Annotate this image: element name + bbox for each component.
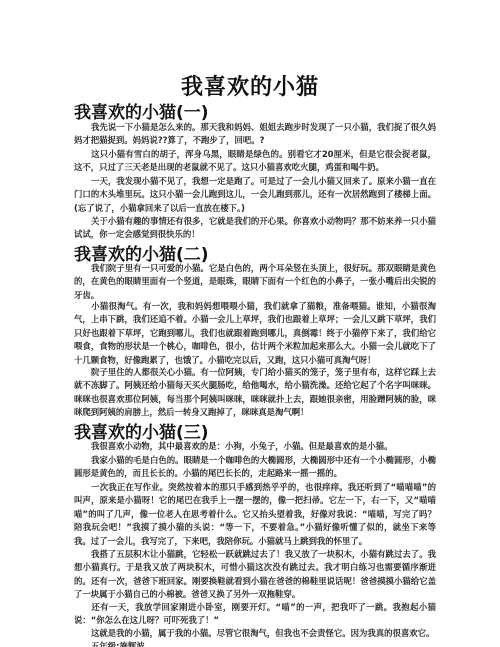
document-page: 我喜欢的小猫 我喜欢的小猫(一) 我先说一下小猫是怎么来的。那天我和妈妈、姐姐去… — [0, 0, 500, 647]
paragraph-text: 小猫很淘气。有一次，我和妈妈想喂喂小猫，我们就拿了猫粮，准备喂猫。谁知，小猫很淘… — [74, 301, 436, 365]
paragraph: 这只小猫有雪白的胡子，浑身乌黑，眼睛是绿色的。别看它才20厘米，但是它很会捉老鼠… — [74, 148, 436, 175]
paragraph-text: 这就是我的小猫，属于我的小猫。尽管它很淘气，但我也不会责怪它。因为我真的很喜欢它… — [91, 628, 434, 638]
paragraph: 小猫很淘气。有一次，我和妈妈想喂喂小猫，我们就拿了猫粮，准备喂猫。谁知，小猫很淘… — [74, 300, 436, 367]
paragraph-text: 我先说一下小猫是怎么来的。那天我和妈妈、姐姐去跑步时发现了一只小猫，我们捉了很久… — [74, 122, 436, 145]
paragraph-text: 一次我正在写作业。突然按着本的那只手感到热乎乎的，也很痒痒。我还听到了“喵喵喵”… — [74, 482, 436, 546]
paragraph: 一次我正在写作业。突然按着本的那只手感到热乎乎的，也很痒痒。我还听到了“喵喵喵”… — [74, 481, 436, 548]
paragraph-text: 这只小猫有雪白的胡子，浑身乌黑，眼睛是绿色的。别看它才20厘米，但是它很会捉老鼠… — [74, 149, 436, 172]
paragraph: 还有一天，我放学回家刚进小卧室，刚要开灯。“喵”的一声，把我吓了一跳。我抱起小猫… — [74, 601, 436, 628]
paragraph: 关于小猫有趣的事情还有很多，它就是我们的开心果。你喜欢小动物吗？那不妨来养一只小… — [74, 215, 436, 242]
paragraph-text: 院子里住的人都很关心小猫。有一位阿姨，专门给小猫买的笼子，笼子里有布，这样它踩上… — [74, 367, 436, 417]
paragraph: 我家小猫的毛是白色的。眼睛是一个咖啡色的大椭圆形，大椭圆形中还有一个小椭圆形，小… — [74, 454, 436, 481]
author-signature: 五年级:施辉波 — [91, 640, 145, 647]
document-title: 我喜欢的小猫 — [0, 70, 500, 101]
paragraph-text: 我们院子里有一只可爱的小猫。它是白色的，两个耳朵竖在头顶上，很好玩。那双眼睛是黄… — [74, 263, 436, 300]
paragraph-text: 一天，我发现小猫不见了，我想一定是跑了。可是过了一会儿小猫又回来了。原来小猫一直… — [74, 176, 436, 213]
paragraph: 我们院子里有一只可爱的小猫。它是白色的，两个耳朵竖在头顶上，很好玩。那双眼睛是黄… — [74, 262, 436, 302]
paragraph-text: 我家小猫的毛是白色的。眼睛是一个咖啡色的大椭圆形，大椭圆形中还有一个小椭圆形，小… — [74, 455, 436, 478]
paragraph: 我很喜欢小动物，其中最喜欢的是：小狗，小兔子，小猫。但是最喜欢的是小猫。 — [74, 440, 436, 453]
paragraph: 还有一次，爸爸下班回家。刚要换鞋就看到小猫在爸爸的棉鞋里说话呢！爸爸摸摸小猫给它… — [74, 575, 436, 602]
paragraph: 院子里住的人都很关心小猫。有一位阿姨，专门给小猫买的笼子，笼子里有布，这样它踩上… — [74, 366, 436, 420]
paragraph-text: 还有一次，爸爸下班回家。刚要换鞋就看到小猫在爸爸的棉鞋里说话呢！爸爸摸摸小猫给它… — [74, 576, 436, 599]
section-heading-1: 我喜欢的小猫(一) — [74, 98, 209, 123]
paragraph-text: 我很喜欢小动物，其中最喜欢的是：小狗，小兔子，小猫。但是最喜欢的是小猫。 — [91, 441, 393, 451]
paragraph-text: 还有一天，我放学回家刚进小卧室，刚要开灯。“喵”的一声，把我吓了一跳。我抱起小猫… — [74, 602, 436, 625]
paragraph: 一天，我发现小猫不见了，我想一定是跑了。可是过了一会儿小猫又回来了。原来小猫一直… — [74, 175, 436, 215]
paragraph-text: 关于小猫有趣的事情还有很多，它就是我们的开心果。你喜欢小动物吗？那不妨来养一只小… — [74, 216, 436, 239]
paragraph: 我先说一下小猫是怎么来的。那天我和妈妈、姐姐去跑步时发现了一只小猫，我们捉了很久… — [74, 121, 436, 148]
paragraph: 这就是我的小猫，属于我的小猫。尽管它很淘气，但我也不会责怪它。因为我真的很喜欢它… — [74, 627, 436, 640]
